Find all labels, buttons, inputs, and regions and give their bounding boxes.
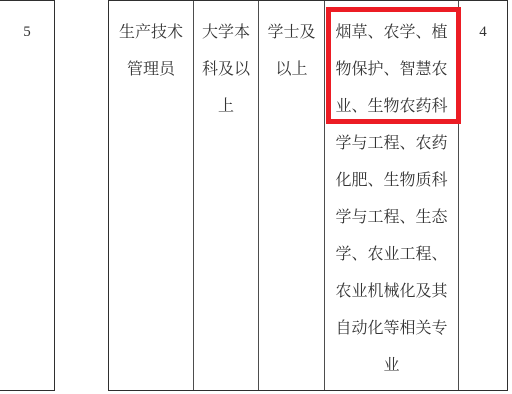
majors-line: 学、农业工程、 [325, 236, 458, 273]
majors-line: 业 [325, 347, 458, 384]
majors-line: 化肥、生物质科 [325, 162, 458, 199]
position-line: 管理员 [109, 51, 193, 88]
education-line: 科及以 [194, 51, 258, 88]
majors-line: 自动化等相关专 [325, 310, 458, 347]
highlight-box [326, 7, 461, 124]
cell-education: 大学本 科及以 上 [194, 1, 259, 390]
row-number: 5 [0, 14, 54, 51]
majors-line: 农业机械化及其 [325, 273, 458, 310]
cell-position: 生产技术 管理员 [109, 1, 194, 390]
table-left-section: 5 [0, 0, 55, 391]
degree-line: 以上 [259, 51, 324, 88]
majors-line: 学与工程、生态 [325, 199, 458, 236]
education-line: 大学本 [194, 14, 258, 51]
cell-count: 4 [459, 1, 507, 390]
education-line: 上 [194, 88, 258, 125]
position-line: 生产技术 [109, 14, 193, 51]
count-value: 4 [459, 14, 507, 51]
document-page: { "highlight": { "color": "#ec1c24" }, "… [0, 0, 512, 394]
majors-line: 学与工程、农药 [325, 125, 458, 162]
cell-row-number: 5 [0, 1, 54, 390]
degree-line: 学士及 [259, 14, 324, 51]
cell-degree: 学士及 以上 [259, 1, 325, 390]
